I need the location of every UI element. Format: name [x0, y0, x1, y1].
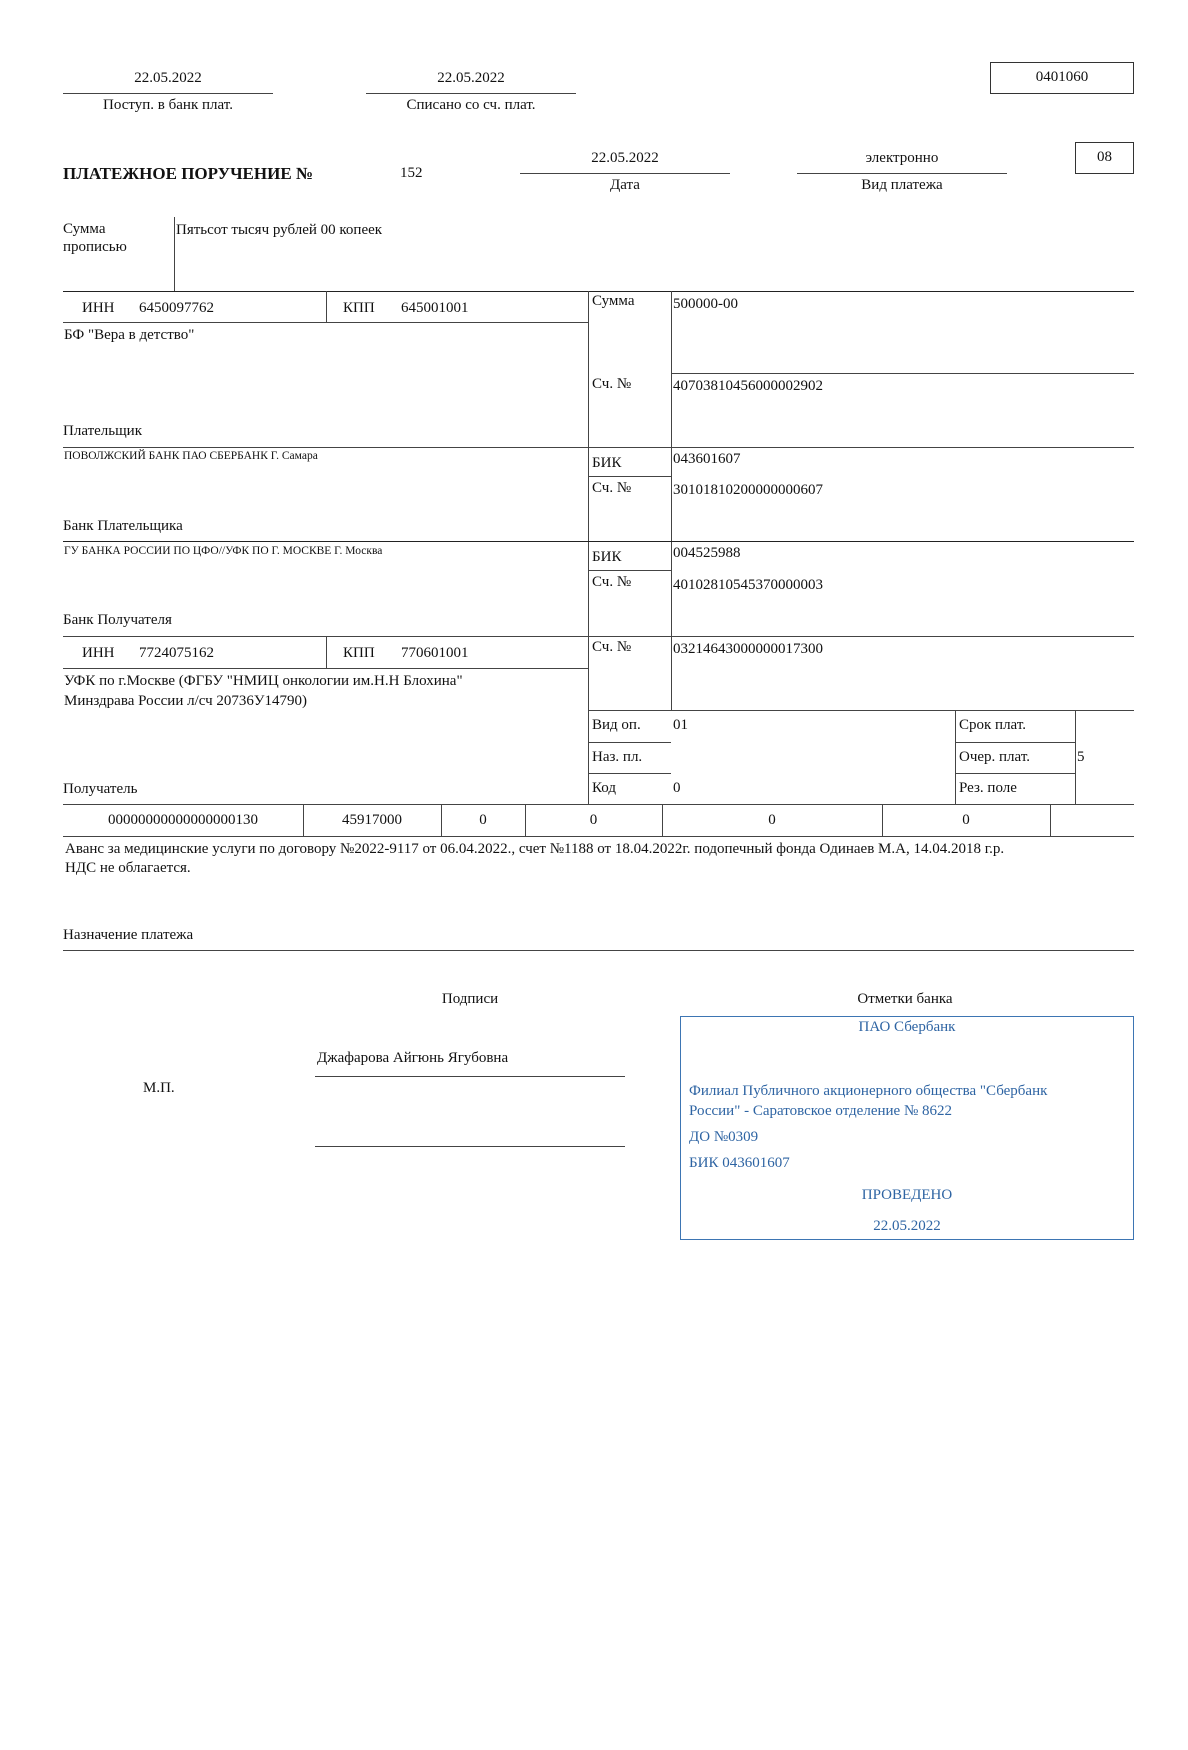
term-label: Срок плат.: [959, 717, 1026, 734]
divider: [797, 173, 1007, 174]
received-label: Поступ. в банк плат.: [63, 97, 273, 114]
payee-bank-account: 40102810545370000003: [673, 577, 823, 594]
divider: [955, 742, 1075, 743]
payee-bank-bik-label: БИК: [592, 549, 621, 566]
purpose-line: Аванс за медицинские услуги по договору …: [65, 840, 1004, 859]
divider: [588, 742, 671, 743]
payer-bank-account: 30101810200000000607: [673, 482, 823, 499]
op-type: 01: [673, 717, 688, 734]
payer-account: 40703810456000002902: [673, 378, 823, 395]
divider: [63, 836, 1134, 837]
payment-type-label: Вид платежа: [797, 177, 1007, 194]
payee-bank-name: ГУ БАНКА РОССИИ ПО ЦФО//УФК ПО Г. МОСКВЕ…: [64, 545, 382, 557]
payer-kpp: 645001001: [401, 300, 469, 317]
amount-words-label-line: прописью: [63, 238, 127, 256]
divider: [955, 773, 1075, 774]
divider: [366, 93, 576, 94]
payer-bank-bik-label: БИК: [592, 455, 621, 472]
status-code-box: 08: [1075, 142, 1134, 174]
divider: [63, 668, 588, 669]
debited-label: Списано со сч. плат.: [366, 97, 576, 114]
payee-kpp-label: КПП: [343, 645, 375, 662]
amount-label: Сумма: [592, 293, 634, 310]
divider: [955, 710, 956, 805]
payee-bank-label: Банк Получателя: [63, 612, 172, 629]
tax-field-basis: 0: [441, 812, 525, 829]
divider: [588, 291, 589, 805]
payee-inn-label: ИНН: [82, 645, 115, 662]
divider: [63, 322, 588, 323]
signatures-label: Подписи: [370, 991, 570, 1008]
order-date: 22.05.2022: [520, 150, 730, 167]
stamp-date: 22.05.2022: [681, 1218, 1133, 1235]
divider: [520, 173, 730, 174]
payer-inn-label: ИНН: [82, 300, 115, 317]
stamp-place-label: М.П.: [143, 1080, 175, 1097]
bank-stamp: ПАО Сбербанк Филиал Публичного акционерн…: [680, 1016, 1134, 1240]
signer-name: Джафарова Айгюнь Ягубовна: [317, 1050, 508, 1067]
payee-account-label: Сч. №: [592, 639, 631, 656]
payer-kpp-label: КПП: [343, 300, 375, 317]
divider: [63, 804, 1134, 805]
purpose-line: НДС не облагается.: [65, 859, 1004, 878]
payee-bank-bik: 004525988: [673, 545, 741, 562]
payment-type: электронно: [797, 150, 1007, 167]
divider: [63, 636, 1134, 637]
priority-label: Очер. плат.: [959, 749, 1030, 766]
payer-bank-name: ПОВОЛЖСКИЙ БАНК ПАО СБЕРБАНК Г. Самара: [64, 450, 318, 462]
divider: [588, 710, 1134, 711]
debited-date: 22.05.2022: [366, 70, 576, 87]
payer-account-label: Сч. №: [592, 376, 631, 393]
tax-field-kbk: 00000000000000000130: [63, 812, 303, 829]
order-date-label: Дата: [520, 177, 730, 194]
divider: [1050, 804, 1051, 836]
reserve-label: Рез. поле: [959, 780, 1017, 797]
payer-inn: 6450097762: [139, 300, 214, 317]
priority-value: 5: [1077, 749, 1085, 766]
divider: [63, 93, 273, 94]
amount-words-value: Пятьсот тысяч рублей 00 копеек: [176, 222, 382, 239]
payee-kpp: 770601001: [401, 645, 469, 662]
tax-field-oktmo: 45917000: [303, 812, 441, 829]
tax-field-doc-number: 0: [662, 812, 882, 829]
payer-label: Плательщик: [63, 423, 142, 440]
divider: [588, 773, 671, 774]
payee-name-line: УФК по г.Москве (ФГБУ "НМИЦ онкологии им…: [64, 671, 463, 691]
amount-value: 500000-00: [673, 296, 738, 313]
divider: [671, 373, 1134, 374]
divider: [63, 291, 1134, 292]
purpose-text: Аванс за медицинские услуги по договору …: [65, 840, 1004, 878]
form-code-box: 0401060: [990, 62, 1134, 94]
payee-label: Получатель: [63, 781, 137, 798]
stamp-status: ПРОВЕДЕНО: [681, 1187, 1133, 1204]
stamp-bik: БИК 043601607: [689, 1155, 790, 1172]
divider: [588, 570, 671, 571]
stamp-bank-name: ПАО Сбербанк: [681, 1019, 1133, 1036]
payee-inn: 7724075162: [139, 645, 214, 662]
payee-name-line: Минздрава России л/сч 20736У14790): [64, 691, 463, 711]
divider: [326, 291, 327, 322]
signature-line: [315, 1076, 625, 1077]
payer-bank-bik: 043601607: [673, 451, 741, 468]
page-title: ПЛАТЕЖНОЕ ПОРУЧЕНИЕ №: [63, 164, 313, 184]
divider: [326, 636, 327, 668]
order-number: 152: [400, 165, 423, 182]
stamp-branch-line: Филиал Публичного акционерного общества …: [689, 1081, 1047, 1101]
signature-line: [315, 1146, 625, 1147]
stamp-office: ДО №0309: [689, 1129, 758, 1146]
divider: [1075, 710, 1076, 805]
amount-words-label: Сумма прописью: [63, 220, 127, 256]
stamp-branch-line: России" - Саратовское отделение № 8622: [689, 1101, 1047, 1121]
payer-bank-label: Банк Плательщика: [63, 518, 183, 535]
divider: [63, 541, 1134, 542]
payee-account: 03214643000000017300: [673, 641, 823, 658]
payee-bank-account-label: Сч. №: [592, 574, 631, 591]
amount-words-label-line: Сумма: [63, 220, 127, 238]
payer-bank-account-label: Сч. №: [592, 480, 631, 497]
received-date: 22.05.2022: [63, 70, 273, 87]
divider: [63, 950, 1134, 951]
bank-marks-label: Отметки банка: [805, 991, 1005, 1008]
purpose-label: Назначение платежа: [63, 927, 193, 944]
divider: [174, 217, 175, 291]
code-label: Код: [592, 780, 616, 797]
divider: [63, 447, 1134, 448]
code-value: 0: [673, 780, 681, 797]
divider: [588, 476, 671, 477]
op-type-label: Вид оп.: [592, 717, 641, 734]
tax-field-period: 0: [525, 812, 662, 829]
tax-field-doc-date: 0: [882, 812, 1050, 829]
purpose-code-label: Наз. пл.: [592, 749, 642, 766]
divider: [671, 291, 672, 710]
payee-name: УФК по г.Москве (ФГБУ "НМИЦ онкологии им…: [64, 671, 463, 711]
payer-name: БФ "Вера в детство": [64, 327, 194, 344]
stamp-branch: Филиал Публичного акционерного общества …: [689, 1081, 1047, 1121]
